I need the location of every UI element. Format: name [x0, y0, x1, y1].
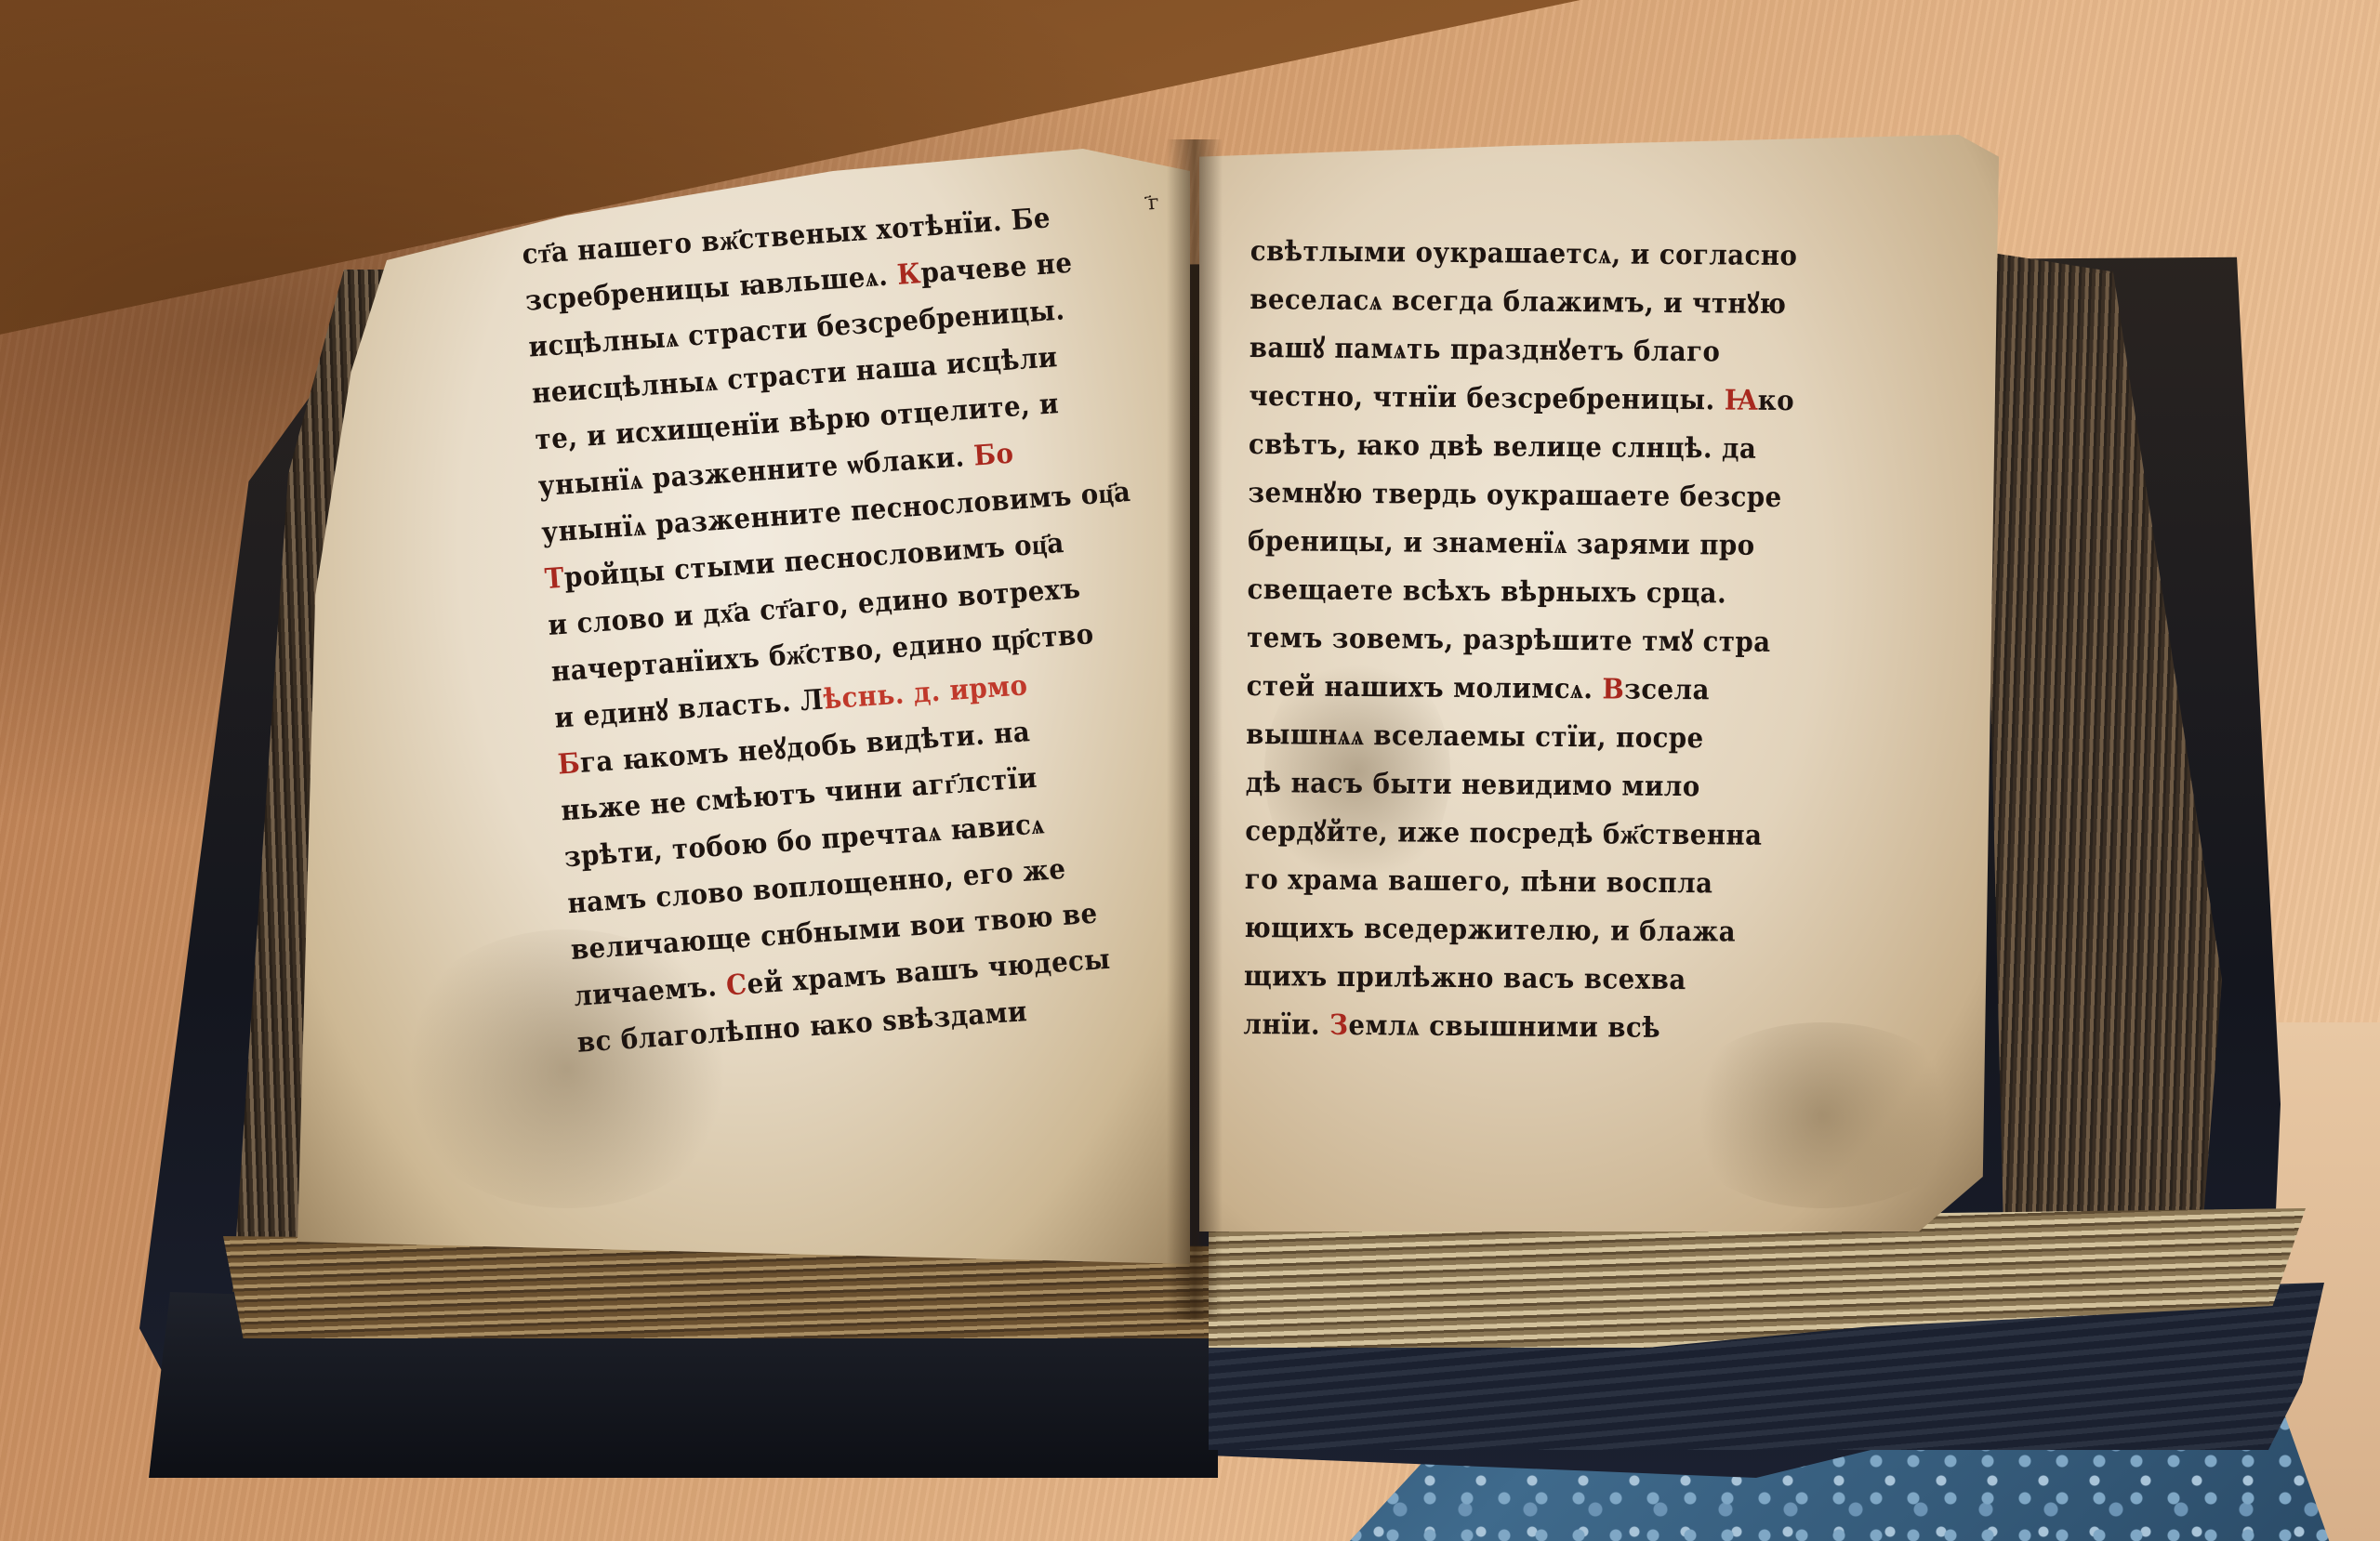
manuscript-book: ҃г ст҃а нашего вж҃ственых хотѣнїи. Бе зс… — [0, 0, 2380, 1541]
text-line: свѣтлыми оукрашаетсѧ, и согласно — [1250, 228, 1849, 282]
text-line: щихъ прилѣжно васъ всехва — [1244, 953, 1843, 1007]
text-line: земнꙋю твердь оукрашаете безсре — [1248, 469, 1846, 523]
text-line: стей нашихъ молимсѧ. Взсела — [1246, 663, 1844, 717]
text-line: дѣ насъ быти невидимо мило — [1246, 759, 1844, 813]
text-line: ющихъ вседержителю, и блажа — [1244, 904, 1843, 958]
red-initial: Б — [557, 747, 581, 782]
red-initial: С — [725, 968, 748, 1002]
red-initial: З — [1329, 1009, 1349, 1042]
text-line: лнїи. Землѧ свышними всѣ — [1243, 1001, 1842, 1055]
text-line: бреницы, и знаменїѧ зарями про — [1248, 518, 1846, 572]
rubric-heading: ѣснь. д. ирмо — [823, 669, 1029, 716]
text-line: сердꙋйте, иже посредѣ бж҃ственна — [1245, 808, 1844, 862]
red-initial: Ꙗ — [1725, 384, 1758, 416]
left-page-text: ст҃а нашего вж҃ственых хотѣнїи. Бе зсреб… — [521, 187, 1228, 1067]
photo-scene: ҃г ст҃а нашего вж҃ственых хотѣнїи. Бе зс… — [0, 0, 2380, 1541]
red-initial: В — [1602, 673, 1624, 705]
red-initial: Т — [544, 562, 565, 596]
text-line: свѣтъ, ꙗко двѣ велице слнцѣ. да — [1249, 421, 1847, 475]
text-line: го храма вашего, пѣни воспла — [1245, 856, 1844, 910]
text-line: вышнѧѧ вселаемы стїи, посре — [1246, 711, 1844, 765]
text-line: темъ зовемъ, разрѣшите тмꙋ стра — [1247, 614, 1845, 668]
text-line: честно, чтнїи безсребреницы. Ꙗко — [1249, 373, 1847, 427]
red-initial: Бо — [972, 438, 1014, 473]
right-page-text: свѣтлыми оукрашаетсѧ, и согласно веселас… — [1243, 228, 1901, 1055]
text-line: вашꙋ памѧть празднꙋетъ благо — [1249, 324, 1848, 378]
red-initial: К — [896, 257, 922, 292]
text-line: свещаете всѣхъ вѣрныхъ срца. — [1247, 566, 1845, 620]
text-line: веселасѧ всегда блажимъ, и чтнꙋю — [1249, 276, 1848, 330]
